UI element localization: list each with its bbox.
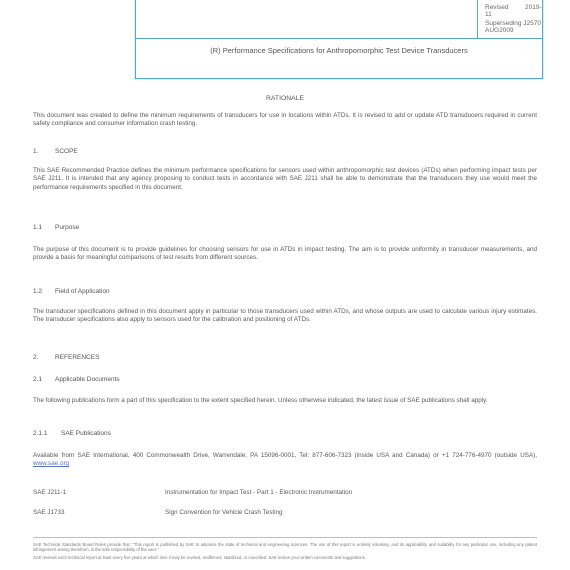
sae-publications-address: Available from SAE International, 400 Co… bbox=[33, 452, 537, 459]
section-title: SAE Publications bbox=[61, 430, 111, 437]
footer-review-notice: SAE reviews each technical report at lea… bbox=[33, 555, 537, 560]
rationale-text: This document was created to define the … bbox=[33, 112, 537, 129]
section-scope-heading: 1.SCOPE bbox=[33, 148, 78, 155]
section-applicable-heading: 2.1Applicable Documents bbox=[33, 376, 120, 383]
footer-notice: SAE Technical Standards Board Rules prov… bbox=[33, 542, 537, 552]
section-purpose-heading: 1.1Purpose bbox=[33, 224, 79, 231]
revised-label: Revised bbox=[485, 4, 525, 11]
section-number: 1.1 bbox=[33, 224, 55, 231]
reference-code: SAE J211-1 bbox=[33, 489, 165, 496]
section-number: 1. bbox=[33, 148, 55, 155]
section-field-heading: 1.2Field of Application bbox=[33, 288, 110, 295]
field-text: The transducer specifications defined in… bbox=[33, 308, 537, 325]
section-number: 2. bbox=[33, 354, 55, 361]
applicable-text: The following publications form a part o… bbox=[33, 397, 537, 405]
section-title: Field of Application bbox=[55, 288, 110, 295]
header-top-section: Revised2019-11 Superseding J2570 AUG2009 bbox=[136, 0, 542, 39]
document-header-box: Revised2019-11 Superseding J2570 AUG2009… bbox=[135, 0, 543, 79]
section-sae-publications-heading: 2.1.1SAE Publications bbox=[33, 430, 111, 437]
footer-divider bbox=[33, 537, 537, 538]
rationale-heading: RATIONALE bbox=[33, 95, 537, 103]
superseding-row: Superseding J2570 AUG2009 bbox=[485, 20, 542, 34]
section-title: REFERENCES bbox=[55, 354, 99, 361]
reference-row: SAE J211-1Instrumentation for Impact Tes… bbox=[33, 489, 352, 496]
section-title: Applicable Documents bbox=[55, 376, 120, 383]
document-title: (R) Performance Specifications for Anthr… bbox=[136, 46, 542, 55]
scope-text: This SAE Recommended Practice defines th… bbox=[33, 167, 537, 192]
reference-title: Instrumentation for Impact Test - Part 1… bbox=[165, 489, 352, 496]
sae-publications-text: Available from SAE International, 400 Co… bbox=[33, 452, 537, 469]
section-title: Purpose bbox=[55, 224, 79, 231]
reference-code: SAE J1733 bbox=[33, 509, 165, 516]
purpose-text: The purpose of this document is to provi… bbox=[33, 246, 537, 263]
section-references-heading: 2.REFERENCES bbox=[33, 354, 99, 361]
section-number: 2.1 bbox=[33, 376, 55, 383]
revised-row: Revised2019-11 bbox=[485, 4, 542, 18]
reference-title: Sign Convention for Vehicle Crash Testin… bbox=[165, 509, 283, 516]
header-revision-cell: Revised2019-11 Superseding J2570 AUG2009 bbox=[477, 0, 542, 38]
section-number: 2.1.1 bbox=[33, 430, 61, 437]
section-number: 1.2 bbox=[33, 288, 55, 295]
section-title: SCOPE bbox=[55, 148, 78, 155]
sae-website-link[interactable]: www.sae.org bbox=[33, 460, 69, 467]
reference-row: SAE J1733Sign Convention for Vehicle Cra… bbox=[33, 509, 283, 516]
